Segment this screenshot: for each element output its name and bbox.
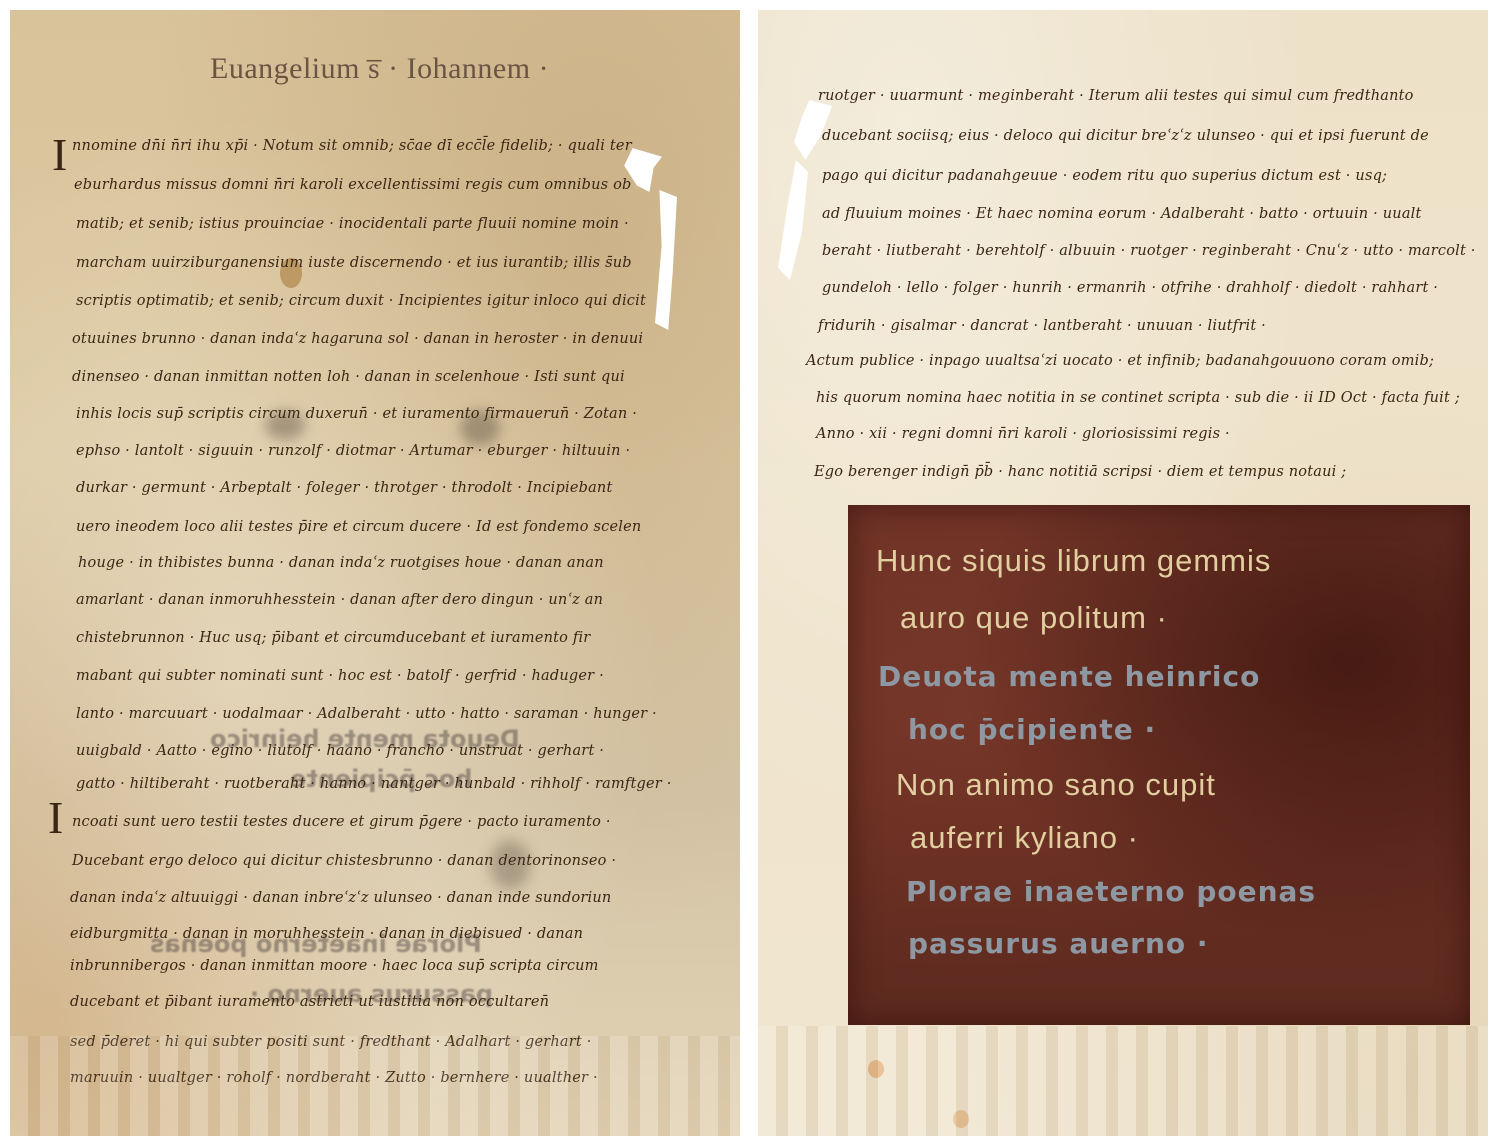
- text-line: Actum publice · inpago uualtsaʿzi uocato…: [806, 353, 1434, 369]
- parchment-hole: [655, 190, 677, 330]
- left-manuscript-page: Euangelium s̅ · Iohannem · I I Deuota me…: [10, 10, 740, 1136]
- dedication-verse: Non animo sano cupit: [896, 767, 1216, 803]
- text-line: scriptis optimatib; et senib; circum dux…: [76, 293, 646, 309]
- text-line: inbrunnibergos · danan inmittan moore · …: [70, 958, 599, 974]
- text-line: Ego berenger indign̄ p̄b̄ · hanc notitia…: [814, 464, 1346, 480]
- text-line: gundeloh · lello · folger · hunrih · erm…: [822, 280, 1438, 296]
- right-manuscript-page: ruotger · uuarmunt · meginberaht · Iteru…: [758, 10, 1488, 1136]
- text-line: inhis locis sup̄ scriptis circum duxerun…: [76, 406, 637, 422]
- text-line: mabant qui subter nominati sunt · hoc es…: [76, 668, 604, 684]
- text-line: durkar · germunt · Arbeptalt · foleger ·…: [76, 480, 613, 496]
- text-line: gatto · hiltiberaht · ruotberaht · hanno…: [76, 776, 672, 792]
- purple-dedication-panel: Hunc siquis librum gemmis auro que polit…: [848, 505, 1470, 1025]
- text-line: danan indaʿz altuuiggi · danan inbreʿzʿz…: [70, 890, 611, 906]
- text-line: dinenseo · danan inmittan notten loh · d…: [72, 369, 625, 385]
- text-line: eidburgmitta · danan in moruhhesstein · …: [70, 926, 583, 942]
- text-line: Ducebant ergo deloco qui dicitur chistes…: [72, 853, 616, 869]
- dedication-verse: auro que politum ·: [900, 600, 1168, 636]
- text-line: ducebant sociisq; eius · deloco qui dici…: [822, 128, 1429, 144]
- text-line: beraht · liutberaht · berehtolf · albuui…: [822, 243, 1476, 259]
- text-line: his quorum nomina haec notitia in se con…: [816, 390, 1460, 406]
- text-line: uero ineodem loco alii testes p̄ire et c…: [76, 519, 641, 535]
- dedication-verse: hoc p̄cipiente ·: [908, 713, 1156, 746]
- text-line: chistebrunnon · Huc usq; p̄ibant et circ…: [76, 630, 590, 646]
- dedication-verse: Hunc siquis librum gemmis: [876, 543, 1271, 579]
- text-line: eburhardus missus domni n̄ri karoli exce…: [74, 177, 632, 193]
- text-line: ephso · lantolt · siguuin · runzolf · di…: [76, 443, 630, 459]
- text-line: ncoati sunt uero testii testes ducere et…: [72, 814, 611, 830]
- text-line: houge · in thibistes bunna · danan indaʿ…: [78, 555, 604, 571]
- text-line: uuigbald · Aatto · egino · liutolf · haa…: [76, 743, 604, 759]
- text-line: pago qui dicitur padanahgeuue · eodem ri…: [822, 168, 1387, 184]
- text-line: marcham uuirziburganensium iuste discern…: [76, 255, 632, 271]
- text-line: otuuines brunno · danan indaʿz hagaruna …: [72, 331, 643, 347]
- initial-letter: I: [48, 795, 63, 841]
- text-line: lanto · marcuuart · uodalmaar · Adalbera…: [76, 706, 657, 722]
- text-line: ad fluuium moines · Et haec nomina eorum…: [822, 206, 1422, 222]
- dedication-verse: auferri kyliano ·: [910, 820, 1139, 856]
- parchment-wrinkles: [758, 1026, 1488, 1136]
- text-line: ruotger · uuarmunt · meginberaht · Iteru…: [818, 88, 1414, 104]
- text-line: ducebant et p̄ibant iuramento astricti u…: [70, 994, 549, 1010]
- text-line: fridurih · gisalmar · dancrat · lantbera…: [818, 318, 1266, 334]
- dedication-verse: Deuota mente heinrico: [878, 660, 1260, 693]
- text-line: matib; et senib; istius prouinciae · ino…: [76, 216, 629, 232]
- text-line: amarlant · danan inmoruhhesstein · danan…: [76, 592, 603, 608]
- text-line: Anno · xii · regni domni n̄ri karoli · g…: [816, 426, 1230, 442]
- page-heading: Euangelium s̅ · Iohannem ·: [210, 52, 549, 86]
- initial-letter: I: [52, 132, 67, 178]
- dedication-verse: passurus auerno ·: [908, 927, 1209, 960]
- parchment-hole: [778, 160, 808, 280]
- dedication-verse: Plorae inaeterno poenas: [906, 875, 1316, 908]
- text-line: nnomine dn̄i n̄ri ihu xp̄i · Notum sit o…: [72, 138, 632, 154]
- parchment-wrinkles: [10, 1036, 740, 1136]
